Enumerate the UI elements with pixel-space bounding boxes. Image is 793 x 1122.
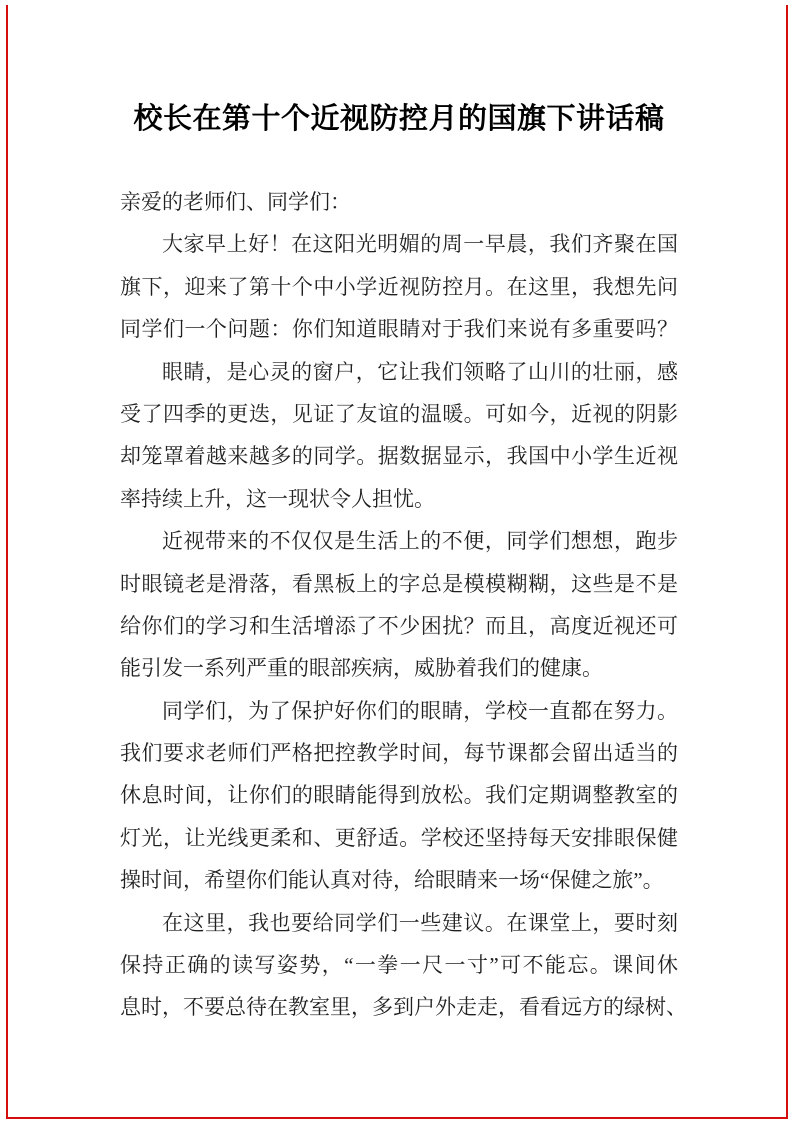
text-line: 能引发一系列严重的眼部疾病，威胁着我们的健康。	[120, 647, 678, 689]
page-border-left	[6, 5, 8, 1119]
text-line: 近视带来的不仅仅是生活上的不便，同学们想想，跑步	[120, 520, 678, 562]
document-title: 校长在第十个近视防控月的国旗下讲话稿	[120, 97, 678, 141]
text-line: 同学们，为了保护好你们的眼睛，学校一直都在努力。	[120, 690, 678, 732]
text-line: 受了四季的更迭，见证了友谊的温暖。可如今，近视的阴影	[120, 393, 678, 435]
text-line: 眼睛，是心灵的窗户，它让我们领略了山川的壮丽，感	[120, 351, 678, 393]
document-content: 校长在第十个近视防控月的国旗下讲话稿 亲爱的老师们、同学们：大家早上好！在这阳光…	[120, 97, 678, 1029]
page-border-right	[786, 5, 788, 1119]
text-line: 给你们的学习和生活增添了不少困扰？而且，高度近视还可	[120, 605, 678, 647]
text-line: 同学们一个问题：你们知道眼睛对于我们来说有多重要吗？	[120, 308, 678, 350]
text-line: 在这里，我也要给同学们一些建议。在课堂上，要时刻	[120, 902, 678, 944]
text-line: 我们要求老师们严格把控教学时间，每节课都会留出适当的	[120, 732, 678, 774]
text-line: 旗下，迎来了第十个中小学近视防控月。在这里，我想先问	[120, 266, 678, 308]
paragraph: 亲爱的老师们、同学们：	[120, 181, 678, 223]
page-border-bottom	[6, 1117, 788, 1119]
paragraph: 同学们，为了保护好你们的眼睛，学校一直都在努力。我们要求老师们严格把控教学时间，…	[120, 690, 678, 902]
text-line: 大家早上好！在这阳光明媚的周一早晨，我们齐聚在国	[120, 223, 678, 265]
paragraph: 眼睛，是心灵的窗户，它让我们领略了山川的壮丽，感受了四季的更迭，见证了友谊的温暖…	[120, 351, 678, 521]
text-line: 操时间，希望你们能认真对待，给眼睛来一场“保健之旅”。	[120, 859, 678, 901]
paragraph: 大家早上好！在这阳光明媚的周一早晨，我们齐聚在国旗下，迎来了第十个中小学近视防控…	[120, 223, 678, 350]
paragraph: 在这里，我也要给同学们一些建议。在课堂上，要时刻保持正确的读写姿势，“一拳一尺一…	[120, 902, 678, 1029]
text-line: 亲爱的老师们、同学们：	[120, 181, 678, 223]
text-line: 率持续上升，这一现状令人担忧。	[120, 478, 678, 520]
page: 校长在第十个近视防控月的国旗下讲话稿 亲爱的老师们、同学们：大家早上好！在这阳光…	[0, 0, 793, 1122]
text-line: 息时，不要总待在教室里，多到户外走走，看看远方的绿树、	[120, 986, 678, 1028]
text-line: 休息时间，让你们的眼睛能得到放松。我们定期调整教室的	[120, 774, 678, 816]
text-line: 灯光，让光线更柔和、更舒适。学校还坚持每天安排眼保健	[120, 817, 678, 859]
text-line: 保持正确的读写姿势，“一拳一尺一寸”可不能忘。课间休	[120, 944, 678, 986]
text-line: 时眼镜老是滑落，看黑板上的字总是模模糊糊，这些是不是	[120, 563, 678, 605]
text-line: 却笼罩着越来越多的同学。据数据显示，我国中小学生近视	[120, 435, 678, 477]
document-body: 亲爱的老师们、同学们：大家早上好！在这阳光明媚的周一早晨，我们齐聚在国旗下，迎来…	[120, 181, 678, 1029]
paragraph: 近视带来的不仅仅是生活上的不便，同学们想想，跑步时眼镜老是滑落，看黑板上的字总是…	[120, 520, 678, 690]
